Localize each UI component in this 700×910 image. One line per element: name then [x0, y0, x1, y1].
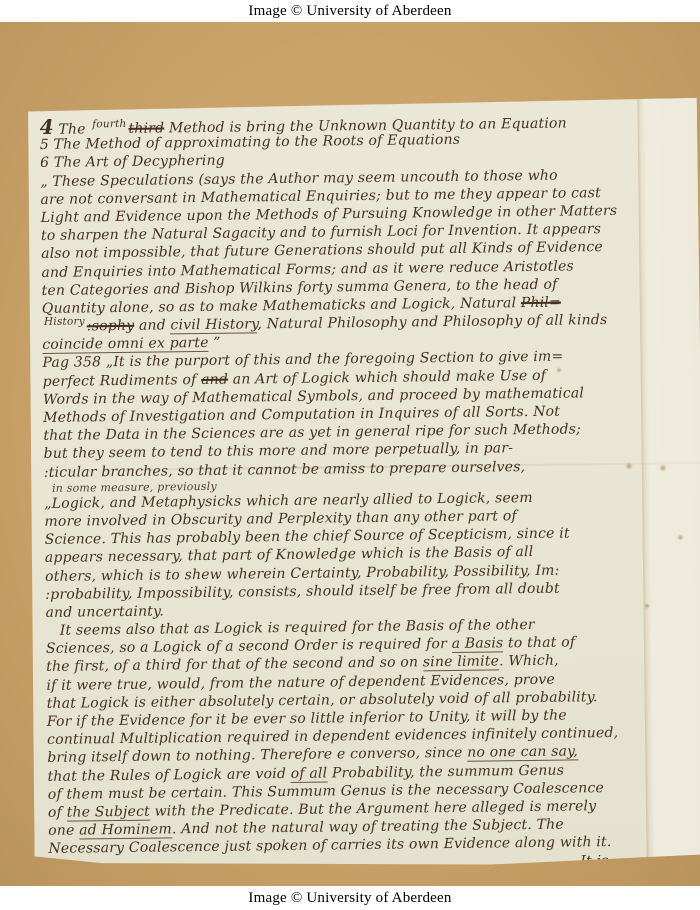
copyright-banner-bottom: Image © University of Aberdeen: [0, 886, 700, 910]
manuscript-segment: fourth: [92, 118, 126, 130]
manuscript-segment: ad Hominem: [79, 822, 172, 840]
foxing-spot: [677, 534, 684, 541]
manuscript-segment: and uncertainty.: [45, 603, 164, 620]
manuscript-segment: civil History: [170, 316, 257, 334]
copyright-text-bottom: Image © University of Aberdeen: [248, 890, 451, 907]
manuscript-segment: perfect Rudiments of: [43, 372, 202, 390]
manuscript-text: 4 The fourththird Method is bring the Un…: [40, 111, 643, 877]
manuscript-segment: the Subject: [67, 804, 150, 822]
manuscript-page: 4 The fourththird Method is bring the Un…: [25, 98, 700, 870]
manuscript-segment: one: [48, 823, 79, 839]
manuscript-segment: and: [134, 317, 170, 333]
manuscript-segment: no one can say,: [467, 744, 578, 762]
manuscript-segment: a Basis: [452, 636, 504, 654]
foxing-spot: [659, 464, 667, 472]
screenshot-stage: Image © University of Aberdeen 4 The fou…: [0, 0, 700, 910]
manuscript-segment: that the Rules of Logick are void: [47, 766, 290, 785]
manuscript-segment: It is: [580, 853, 608, 869]
manuscript-segment: coincide omni ex parte: [42, 335, 209, 354]
manuscript-segment: , Natural Philosophy and Philosophy of a…: [257, 312, 607, 332]
manuscript-segment: :sophy: [87, 318, 135, 335]
manuscript-segment: History: [44, 315, 85, 327]
manuscript-segment: and: [201, 371, 228, 387]
page-fold-right-leaf: [637, 98, 700, 863]
manuscript-segment: of all: [291, 765, 328, 782]
manuscript-segment: of: [48, 805, 67, 821]
copyright-text-top: Image © University of Aberdeen: [248, 3, 451, 20]
photo-background: 4 The fourththird Method is bring the Un…: [0, 22, 700, 886]
manuscript-segment: Probability, the summum Genus: [327, 762, 564, 781]
manuscript-segment: Phil=: [521, 294, 561, 310]
foxing-spot: [644, 603, 650, 609]
foxing-spot: [556, 367, 562, 373]
foxing-spot: [625, 462, 633, 470]
manuscript-segment: to that of: [503, 635, 575, 652]
manuscript-segment: . Which,: [499, 653, 559, 670]
manuscript-segment: an Art of Logick which should make Use o…: [228, 367, 546, 387]
copyright-banner-top: Image © University of Aberdeen: [0, 0, 700, 22]
manuscript-segment: sine limite: [423, 654, 499, 672]
manuscript-segment: 6 The Art of Decyphering: [40, 153, 225, 171]
manuscript-segment: ”: [209, 335, 221, 351]
